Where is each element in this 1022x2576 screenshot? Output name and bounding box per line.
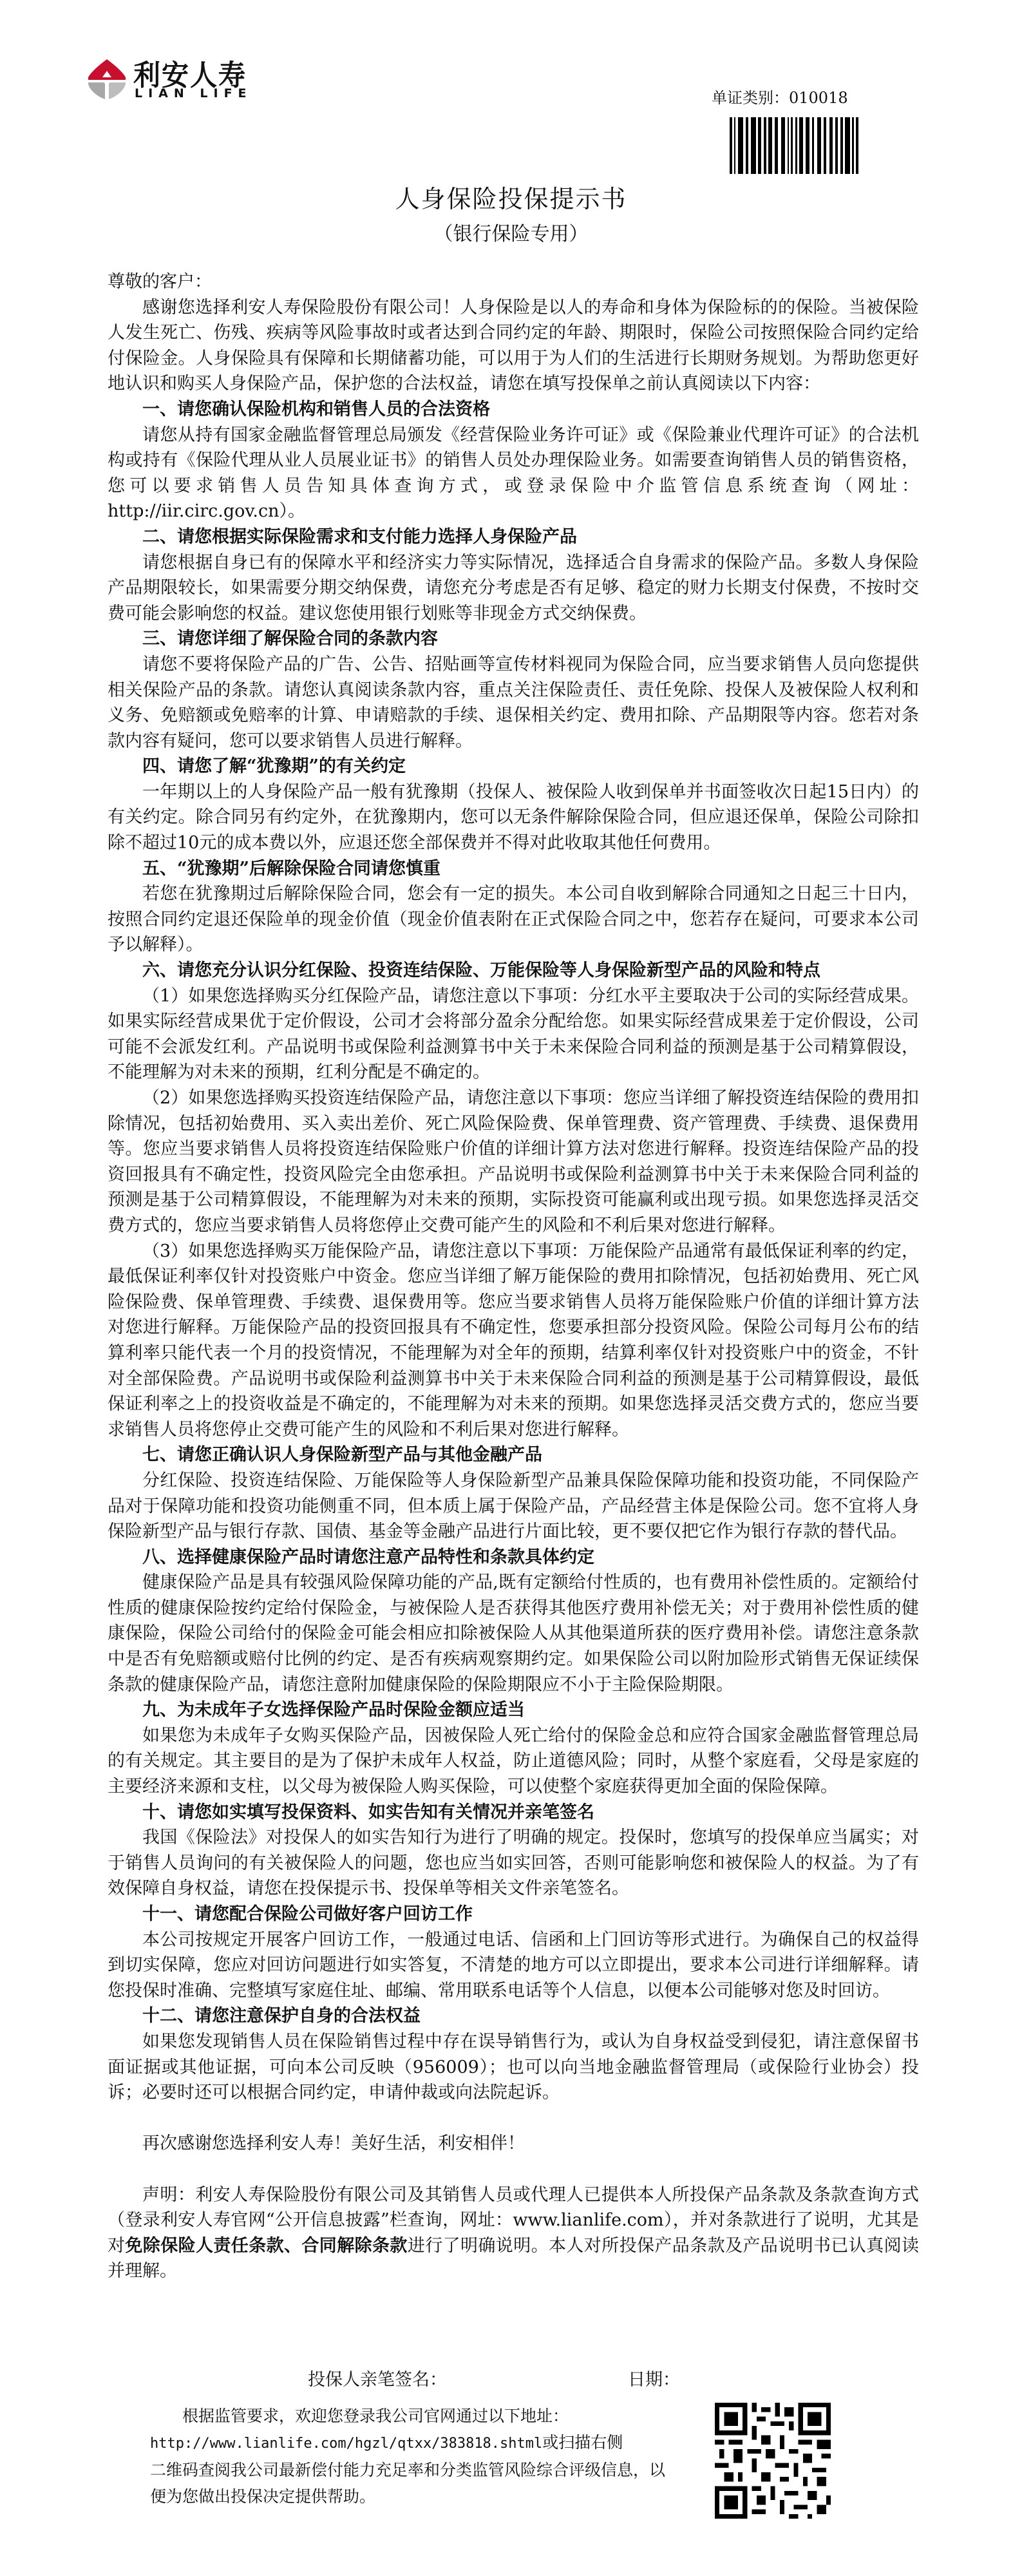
document-type: 单证类别：010018 bbox=[712, 85, 848, 108]
document-subtitle: （银行保险专用） bbox=[0, 218, 1022, 246]
section-heading-6: 六、请您充分认识分红保险、投资连结保险、万能保险等人身保险新型产品的风险和特点 bbox=[108, 958, 919, 984]
logo-english-name: LIAN LIFE bbox=[135, 86, 252, 100]
document-title: 人身保险投保提示书 bbox=[0, 179, 1022, 215]
section-paragraph: （2）如果您选择购买投资连结保险产品，请您注意以下事项：您应当详细了解投资连结保… bbox=[108, 1085, 919, 1239]
section-paragraph: 请您根据自身已有的保障水平和经济实力等实际情况，选择适合自身需求的保险产品。多数… bbox=[108, 550, 919, 627]
section-paragraph: （3）如果您选择购买万能保险产品，请您注意以下事项：万能保险产品通常有最低保证利… bbox=[108, 1239, 919, 1443]
section-heading-1: 一、请您确认保险机构和销售人员的合法资格 bbox=[108, 397, 919, 423]
document-body: 尊敬的客户： 感谢您选择利安人寿保险股份有限公司！人身保险是以人的寿命和身体为保… bbox=[108, 269, 919, 2284]
regulatory-footer: 根据监管要求，欢迎您登录我公司官网通过以下地址： http://www.lian… bbox=[150, 2403, 665, 2510]
section-heading-2: 二、请您根据实际保险需求和支付能力选择人身保险产品 bbox=[108, 524, 919, 550]
closing-line: 再次感谢您选择利安人寿！美好生活，利安相伴！ bbox=[108, 2131, 919, 2157]
intro-paragraph: 感谢您选择利安人寿保险股份有限公司！人身保险是以人的寿命和身体为保险标的的保险。… bbox=[108, 295, 919, 397]
section-heading-11: 十一、请您配合保险公司做好客户回访工作 bbox=[108, 1902, 919, 1927]
section-paragraph: （1）如果您选择购买分红保险产品，请您注意以下事项：分红水平主要取决于公司的实际… bbox=[108, 984, 919, 1085]
section-paragraph: 一年期以上的人身保险产品一般有犹豫期（投保人、被保险人收到保单并书面签收次日起1… bbox=[108, 779, 919, 856]
section-heading-5: 五、“犹豫期”后解除保险合同请您慎重 bbox=[108, 856, 919, 882]
section-paragraph: 如果您发现销售人员在保险销售过程中存在误导销售行为，或认为自身权益受到侵犯，请注… bbox=[108, 2029, 919, 2106]
section-paragraph: 若您在犹豫期过后解除保险合同，您会有一定的损失。本公司自收到解除合同通知之日起三… bbox=[108, 881, 919, 958]
doc-type-label: 单证类别： bbox=[712, 89, 789, 107]
company-logo: 利安人寿 LIAN LIFE bbox=[87, 57, 254, 103]
barcode-icon bbox=[730, 117, 858, 174]
footer-line-1: 根据监管要求，欢迎您登录我公司官网通过以下地址： bbox=[150, 2403, 665, 2429]
section-heading-3: 三、请您详细了解保险合同的条款内容 bbox=[108, 626, 919, 652]
section-paragraph: 分红保险、投资连结保险、万能保险等人身保险新型产品兼具保险保障功能和投资功能，不… bbox=[108, 1468, 919, 1545]
declaration-bold-clauses: 免除保险人责任条款、合同解除条款 bbox=[125, 2236, 407, 2256]
footer-line-3: 二维码查阅我公司最新偿付能力充足率和分类监管风险综合评级信息，以便为您做出投保决… bbox=[150, 2457, 665, 2510]
declaration: 声明：利安人寿保险股份有限公司及其销售人员或代理人已提供本人所投保产品条款及条款… bbox=[108, 2182, 919, 2284]
qr-code-icon[interactable] bbox=[715, 2403, 831, 2519]
section-heading-12: 十二、请您注意保护自身的合法权益 bbox=[108, 2003, 919, 2029]
footer-url-link[interactable]: http://www.lianlife.com/hgzl/qtxx/383818… bbox=[150, 2436, 542, 2452]
lian-life-logo-icon bbox=[87, 58, 127, 100]
spacer bbox=[108, 2157, 919, 2182]
section-heading-10: 十、请您如实填写投保资料、如实告知有关情况并亲笔签名 bbox=[108, 1800, 919, 1826]
section-paragraph: 健康保险产品是具有较强风险保障功能的产品,既有定额给付性质的，也有费用补偿性质的… bbox=[108, 1570, 919, 1697]
footer-line-2: http://www.lianlife.com/hgzl/qtxx/383818… bbox=[150, 2429, 665, 2457]
section-heading-8: 八、选择健康保险产品时请您注意产品特性和条款具体约定 bbox=[108, 1545, 919, 1570]
footer-scan-text: 或扫描右侧 bbox=[542, 2433, 623, 2452]
section-paragraph: 请您不要将保险产品的广告、公告、招贴画等宣传材料视同为保险合同，应当要求销售人员… bbox=[108, 652, 919, 754]
section-paragraph: 本公司按规定开展客户回访工作，一般通过电话、信函和上门回访等形式进行。为确保自己… bbox=[108, 1927, 919, 2004]
spacer bbox=[108, 2106, 919, 2132]
signature-date-label: 日期： bbox=[628, 2365, 680, 2390]
section-heading-7: 七、请您正确认识人身保险新型产品与其他金融产品 bbox=[108, 1442, 919, 1468]
section-heading-4: 四、请您了解“犹豫期”的有关约定 bbox=[108, 754, 919, 779]
greeting: 尊敬的客户： bbox=[108, 269, 919, 295]
section-paragraph: 如果您为未成年子女购买保险产品，因被保险人死亡给付的保险金总和应符合国家金融监督… bbox=[108, 1723, 919, 1800]
doc-type-code: 010018 bbox=[789, 89, 848, 107]
section-paragraph: 我国《保险法》对投保人的如实告知行为进行了明确的规定。投保时，您填写的投保单应当… bbox=[108, 1825, 919, 1902]
section-heading-9: 九、为未成年子女选择保险产品时保险金额应适当 bbox=[108, 1697, 919, 1723]
section-paragraph: 请您从持有国家金融监督管理总局颁发《经营保险业务许可证》或《保险兼业代理许可证》… bbox=[108, 423, 919, 524]
signer-signature-label: 投保人亲笔签名： bbox=[308, 2365, 447, 2390]
